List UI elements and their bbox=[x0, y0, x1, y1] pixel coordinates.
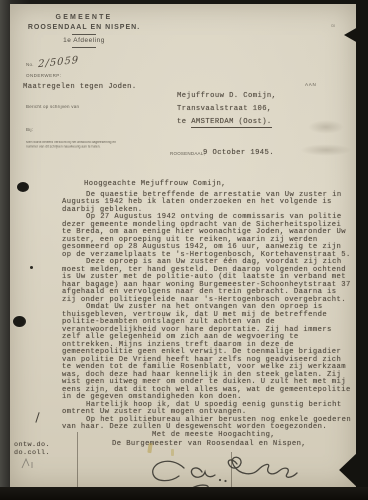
addressee-street: Transvaalstraat 106, bbox=[177, 106, 272, 114]
dateline-date: 9 October 1945. bbox=[203, 150, 274, 158]
reference-label: Bericht op schrijven van bbox=[26, 105, 79, 110]
photo-edge-bottom-band bbox=[0, 487, 368, 500]
paragraph-3: Deze oproep is aan Uw zuster één dag, vo… bbox=[62, 259, 355, 304]
paper-stain-date bbox=[300, 144, 352, 156]
letterhead-gemeente: GEMEENTE bbox=[16, 14, 152, 21]
bij-label: Bij: bbox=[26, 128, 33, 133]
document-photograph: GEMEENTE ROOSENDAAL EN NISPEN. 1e Afdeel… bbox=[0, 0, 368, 500]
paragraph-5: Hartelijk hoop ik, dat U spoedig eenig g… bbox=[62, 402, 355, 417]
punch-hole-top bbox=[17, 182, 29, 192]
addressee-city-line: te AMSTERDAM (Oost). bbox=[177, 119, 272, 127]
file-number-label: No. bbox=[26, 63, 34, 68]
letterhead: GEMEENTE ROOSENDAAL EN NISPEN. 1e Afdeel… bbox=[16, 14, 152, 50]
salutation: Hooggeachte Mejuffrouw Comijn, bbox=[62, 181, 355, 189]
punch-hole-bottom bbox=[13, 316, 26, 327]
tape-fragment-2 bbox=[171, 449, 174, 456]
paper-stain-right bbox=[308, 120, 344, 134]
letterhead-rule-bottom bbox=[72, 47, 96, 48]
paragraph-2: Op 27 Augustus 1942 ontving de commissar… bbox=[62, 214, 355, 259]
paragraph-1: De quaestie betreffende de arrestatie va… bbox=[62, 192, 355, 215]
archival-corner-mark: 8 bbox=[329, 24, 334, 27]
addressee-city-prefix: te bbox=[177, 118, 186, 126]
closing-salute: Met de meeste Hoogachting, bbox=[152, 432, 275, 440]
crease-line-left bbox=[77, 432, 78, 488]
ink-speck bbox=[30, 266, 33, 269]
letter-body: Hooggeachte Mejuffrouw Comijn, De quaest… bbox=[62, 181, 355, 432]
addressee-name: Mejuffrouw D. Comijn, bbox=[177, 93, 276, 101]
paragraph-6: Op het politiebureau alhier berusten nog… bbox=[62, 417, 355, 432]
closing-signoff: De Burgemeester van Roosendaal en Nispen… bbox=[112, 441, 306, 449]
crease-line-right bbox=[231, 452, 232, 488]
dateline-place: ROOSENDAAL, bbox=[170, 152, 205, 157]
pencil-check-mark bbox=[20, 457, 36, 470]
form-footnote: Men wordt beleefd verzocht bij het antwo… bbox=[26, 141, 123, 150]
subject-label: ONDERWERP: bbox=[26, 74, 61, 79]
letterhead-department: 1e Afdeeling bbox=[16, 37, 152, 44]
paragraph-4: Omdat Uw zuster na het ontvangen van den… bbox=[62, 304, 355, 402]
letterhead-municipality: ROOSENDAAL EN NISPEN. bbox=[16, 24, 152, 31]
letterhead-rule-top bbox=[72, 34, 96, 35]
aan-label: AAN bbox=[305, 83, 317, 88]
addressee-city: AMSTERDAM (Oost). bbox=[191, 118, 271, 128]
subject-value: Maatregelen tegen Joden. bbox=[23, 84, 137, 92]
